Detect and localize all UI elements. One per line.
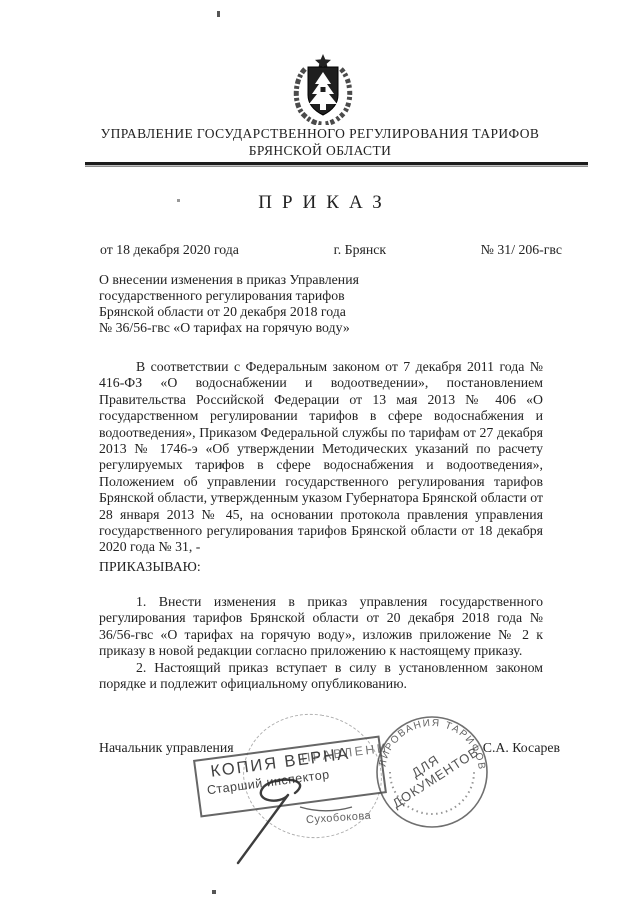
org-name: УПРАВЛЕНИЕ ГОСУДАРСТВЕННОГО РЕГУЛИРОВАНИ… [0, 125, 640, 159]
order-date: от 18 декабря 2020 года [100, 242, 239, 258]
order-subject: О внесении изменения в приказ Управления… [99, 272, 359, 336]
scan-artifact [212, 890, 216, 894]
org-name-line1: УПРАВЛЕНИЕ ГОСУДАРСТВЕННОГО РЕГУЛИРОВАНИ… [0, 125, 640, 142]
header-divider [85, 162, 588, 168]
order-preamble: В соответствии с Федеральным законом от … [99, 359, 543, 556]
order-number: № 31/ 206-гвс [481, 242, 562, 258]
scan-artifact [217, 11, 220, 17]
order-item-1: 1. Внести изменения в приказ управления … [99, 594, 543, 660]
order-place: г. Брянск [334, 242, 386, 258]
coat-of-arms-icon [289, 53, 357, 130]
order-items: 1. Внести изменения в приказ управления … [99, 594, 543, 692]
order-meta-row: от 18 декабря 2020 года г. Брянск № 31/ … [100, 242, 562, 258]
signer-post: Начальник управления [99, 740, 234, 756]
round-seal-center-line2: ДОКУМЕНТОВ [390, 744, 482, 811]
document-title: ПРИКАЗ [0, 192, 640, 214]
order-item-2: 2. Настоящий приказ вступает в силу в ус… [99, 660, 543, 693]
document-page: УПРАВЛЕНИЕ ГОСУДАРСТВЕННОГО РЕГУЛИРОВАНИ… [0, 0, 640, 905]
org-name-line2: БРЯНСКОЙ ОБЛАСТИ [0, 142, 640, 159]
resolution-word: ПРИКАЗЫВАЮ: [99, 559, 201, 575]
